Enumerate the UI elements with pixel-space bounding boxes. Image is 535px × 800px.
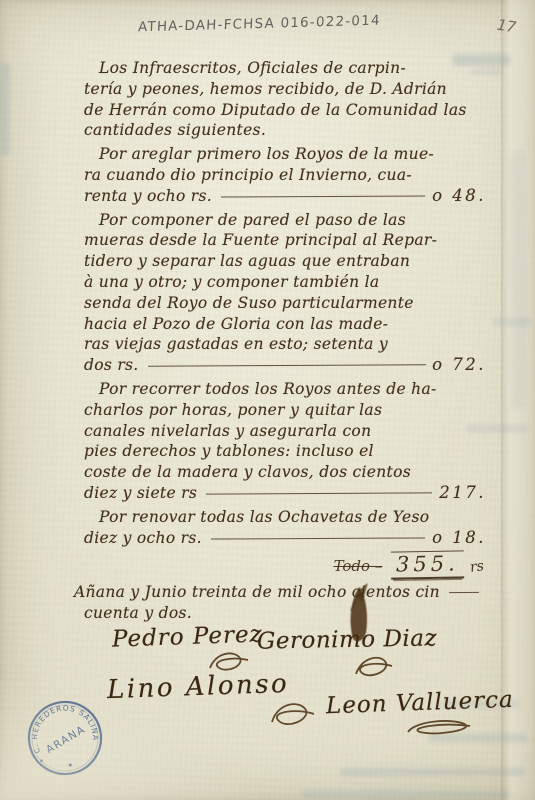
manuscript-line: ra cuando dio principio el Invierno, cua… <box>84 165 486 186</box>
amount-value: o 48. <box>432 186 486 207</box>
manuscript-line: Añana y Junio treinta de mil ocho ciento… <box>74 582 486 603</box>
ink-bleed-through <box>492 318 532 326</box>
manuscript-line: tería y peones, hemos recibido, de D. Ad… <box>84 79 486 100</box>
manuscript-line: diez y ocho rs. o 18. <box>84 528 486 549</box>
manuscript-line: Por areglar primero los Royos de la mue- <box>84 144 486 165</box>
signature-flourish <box>262 698 318 736</box>
ink-bleed-through <box>300 790 510 798</box>
signature-flourish <box>348 652 394 686</box>
ink-blot <box>341 581 379 649</box>
manuscript-line: senda del Royo de Suso particularmente <box>84 293 486 314</box>
manuscript-line: à una y otro; y componer también la <box>84 272 486 293</box>
manuscript-line: mueras desde la Fuente principal al Repa… <box>84 230 486 251</box>
date-text: Añana y Junio treinta de mil ocho ciento… <box>74 582 440 603</box>
intro-paragraph: Los Infraescritos, Oficiales de carpin- … <box>84 58 486 141</box>
signature-leon-valluerca: Leon Valluerca <box>326 687 515 720</box>
manuscript-body: Los Infraescritos, Oficiales de carpin- … <box>84 58 486 624</box>
account-entry: Por renovar todas las Ochavetas de Yeso … <box>84 507 486 549</box>
total-label: Todo – <box>334 557 383 575</box>
leader-line <box>206 492 432 494</box>
account-entry: Por recorrer todos los Royos antes de ha… <box>84 379 486 504</box>
leader-line <box>221 195 425 197</box>
account-entry: Por componer de pared el paso de las mue… <box>84 210 486 376</box>
manuscript-line: cantidades siguientes. <box>84 120 486 141</box>
manuscript-line: charlos por horas, poner y quitar las <box>84 400 486 421</box>
amount-value: o 18. <box>432 528 486 549</box>
manuscript-line: Por componer de pared el paso de las <box>84 210 486 231</box>
total-unit: rs <box>469 558 485 576</box>
page-edge-shadow <box>501 0 535 800</box>
leader-line <box>148 364 426 366</box>
manuscript-line: tidero y separar las aguas que entraban <box>84 251 486 272</box>
date-line: Añana y Junio treinta de mil ocho ciento… <box>84 582 486 624</box>
leader-line <box>211 537 425 539</box>
ink-bleed-through <box>340 768 525 776</box>
archive-stamp: C. HEREDEROS SALINAS ARANA ✦ ✦ <box>17 690 113 786</box>
entry-text: diez y siete rs <box>84 483 197 504</box>
manuscript-line: Por recorrer todos los Royos antes de ha… <box>84 379 486 400</box>
manuscript-line: coste de la madera y clavos, dos cientos <box>84 462 486 483</box>
manuscript-line: renta y ocho rs. o 48. <box>84 186 486 207</box>
manuscript-line: de Herrán como Diputado de la Comunidad … <box>84 100 486 121</box>
stamp-center-text: ARANA <box>44 723 88 756</box>
manuscript-line: ras viejas gastadas en esto; setenta y <box>84 334 486 355</box>
amount-value: 217. <box>439 483 486 504</box>
leader-line <box>449 592 479 593</box>
account-entry: Por areglar primero los Royos de la mue-… <box>84 144 486 206</box>
manuscript-line: dos rs. o 72. <box>84 355 486 376</box>
total-amount: 355. <box>391 551 464 580</box>
signature-flourish <box>404 716 474 746</box>
entry-text: renta y ocho rs. <box>84 186 212 207</box>
ink-bleed-through <box>510 150 526 410</box>
manuscript-page: ATHA-DAH-FCHSA 016-022-014 17 Los Infrae… <box>0 0 535 800</box>
ink-bleed-through <box>0 62 10 157</box>
manuscript-line: diez y siete rs 217. <box>84 483 486 504</box>
stamp-star-icon: ✦ <box>67 761 74 770</box>
manuscript-line: Por renovar todas las Ochavetas de Yeso <box>84 507 486 528</box>
manuscript-line: hacia el Pozo de Gloria con las made- <box>84 314 486 335</box>
entry-text: dos rs. <box>84 355 139 376</box>
manuscript-line: cuenta y dos. <box>84 603 486 624</box>
manuscript-line: pies derechos y tablones: incluso el <box>84 441 486 462</box>
manuscript-line: canales nivelarlas y asegurarla con <box>84 421 486 442</box>
entry-text: diez y ocho rs. <box>84 528 202 549</box>
page-number: 17 <box>496 16 518 37</box>
total-row: Todo – 355. rs <box>84 551 484 579</box>
amount-value: o 72. <box>432 355 486 376</box>
archival-reference: ATHA-DAH-FCHSA 016-022-014 <box>138 13 381 36</box>
manuscript-line: Los Infraescritos, Oficiales de carpin- <box>84 58 486 79</box>
